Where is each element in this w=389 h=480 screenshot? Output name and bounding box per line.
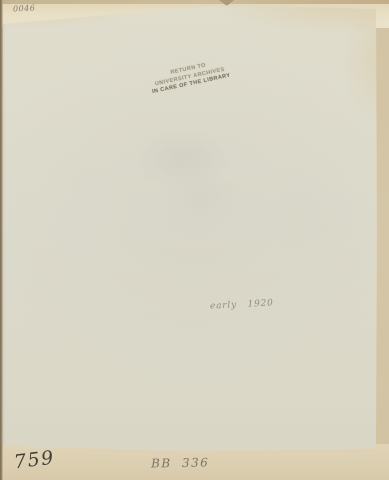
mat-top-edge bbox=[0, 0, 389, 4]
pencil-note-corner-code: 0046 bbox=[13, 3, 36, 13]
scan-left-edge bbox=[0, 0, 3, 480]
pencil-number-bottom-center: BB 336 bbox=[151, 455, 210, 470]
scanned-photo-back: 0046 RETURN TO UNIVERSITY ARCHIVES IN CA… bbox=[0, 0, 389, 480]
